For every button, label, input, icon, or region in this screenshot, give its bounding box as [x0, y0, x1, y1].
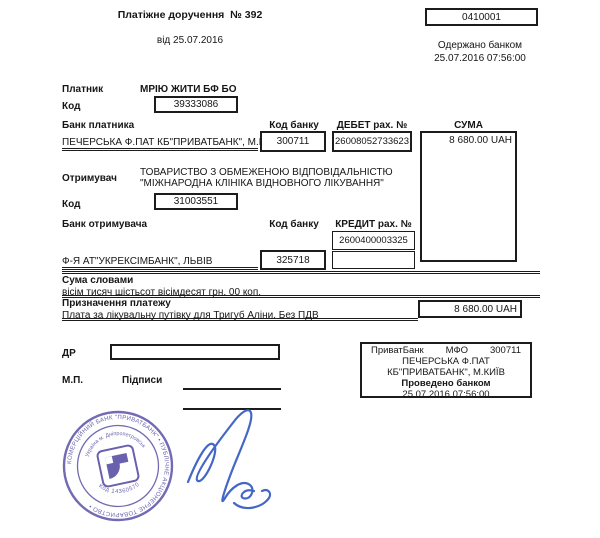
bank-mark-mfo-code: 300711 [490, 345, 521, 356]
amount-label: СУМА [420, 120, 517, 131]
privatbank-logo-icon [97, 445, 140, 488]
signature-line-1 [183, 388, 281, 390]
payer-bank-underline [62, 148, 258, 151]
recipient-bank-underline [62, 267, 258, 270]
recipient-name-line1: ТОВАРИСТВО З ОБМЕЖЕНОЮ ВІДПОВІДАЛЬНІСТЮ [140, 167, 393, 178]
bank-mark-mfo-label: МФО [446, 345, 468, 356]
recipient-bank-code-label: Код банку [262, 219, 326, 230]
payer-bank-name: ПЕЧЕРСЬКА Ф.ПАТ КБ"ПРИВАТБАНК", М.КИЇВ [62, 137, 281, 148]
recipient-label: Отримувач [62, 173, 117, 184]
handwritten-signature [172, 400, 322, 530]
purpose-amount-box: 8 680.00 UAH [418, 300, 522, 318]
dr-box [110, 344, 280, 360]
bank-mark-row1: ПриватБанк МФО 300711 [362, 345, 530, 356]
debit-account-box: 26008052733623 [332, 131, 412, 152]
payer-bank-code: 300711 [277, 136, 310, 147]
round-stamp: КОМЕРЦІЙНИЙ БАНК "ПРИВАТБАНК" • ПУБЛІЧНЕ… [60, 408, 176, 524]
separator-line-3 [62, 318, 418, 321]
document-date: від 25.07.2016 [70, 35, 310, 46]
document-title: Платіжне доручення № 392 [70, 9, 310, 21]
debit-account: 26008052733623 [335, 136, 409, 147]
payer-bank-code-label: Код банку [262, 120, 326, 131]
bank-mark-branch-line1: ПЕЧЕРСЬКА Ф.ПАТ [362, 356, 530, 367]
separator-line-1 [62, 271, 540, 274]
bank-processing-mark: ПриватБанк МФО 300711 ПЕЧЕРСЬКА Ф.ПАТ КБ… [360, 342, 532, 398]
recipient-bank-label: Банк отримувача [62, 219, 147, 230]
payer-label: Платник [62, 84, 103, 95]
purpose-label: Призначення платежу [62, 298, 171, 309]
amount-box: 8 680.00 UAH [420, 131, 517, 262]
stamp-inner-top-text: Україна м. Дніпропетровськ [84, 431, 146, 458]
amount-value: 8 680.00 UAH [449, 135, 512, 146]
mp-label: М.П. [62, 375, 83, 386]
payer-code-label: Код [62, 101, 80, 112]
recipient-code: 31003551 [174, 196, 219, 207]
received-by-bank-label: Одержано банком [420, 40, 540, 51]
recipient-bank-code-box: 325718 [260, 250, 326, 270]
credit-account: 2600400003325 [339, 235, 408, 246]
dr-label: ДР [62, 348, 76, 359]
payment-order-document: Платіжне доручення № 392 від 25.07.2016 … [0, 0, 600, 538]
amount-words-label: Сума словами [62, 275, 133, 286]
recipient-bank-name: Ф-Я АТ"УКРЕКСІМБАНК", ЛЬВІВ [62, 256, 212, 267]
bank-mark-processed-label: Проведено банком [362, 378, 530, 389]
bank-mark-branch-line2: КБ"ПРИВАТБАНК", М.КИЇВ [362, 367, 530, 378]
signatures-label: Підписи [122, 375, 162, 386]
credit-account-box: 2600400003325 [332, 231, 415, 250]
payer-code-box: 39333086 [154, 96, 238, 113]
document-code-box: 0410001 [425, 8, 538, 26]
recipient-code-box: 31003551 [154, 193, 238, 210]
recipient-code-label: Код [62, 199, 80, 210]
received-datetime: 25.07.2016 07:56:00 [415, 53, 545, 64]
payer-bank-label: Банк платника [62, 120, 134, 131]
svg-text:Україна м. Дніпропетровськ: Україна м. Дніпропетровськ [84, 431, 146, 458]
payer-bank-code-box: 300711 [260, 131, 326, 152]
bank-mark-processed-datetime: 25.07.2016 07:56:00 [362, 389, 530, 400]
purpose-amount: 8 680.00 UAH [454, 304, 517, 315]
document-code: 0410001 [462, 12, 501, 23]
recipient-bank-code: 325718 [276, 255, 309, 266]
recipient-name-line2: "МІЖНАРОДНА КЛІНІКА ВІДНОВНОГО ЛІКУВАННЯ… [140, 178, 384, 189]
credit-account-box-empty [332, 251, 415, 269]
payer-name: МРІЮ ЖИТИ БФ БО [140, 84, 237, 95]
debit-account-label: ДЕБЕТ рах. № [332, 120, 412, 131]
payer-code: 39333086 [174, 99, 219, 110]
credit-account-label: КРЕДИТ рах. № [332, 219, 415, 230]
document-number: № 392 [230, 9, 262, 21]
bank-mark-bank-name: ПриватБанк [371, 345, 424, 356]
title-text: Платіжне доручення [118, 9, 225, 21]
